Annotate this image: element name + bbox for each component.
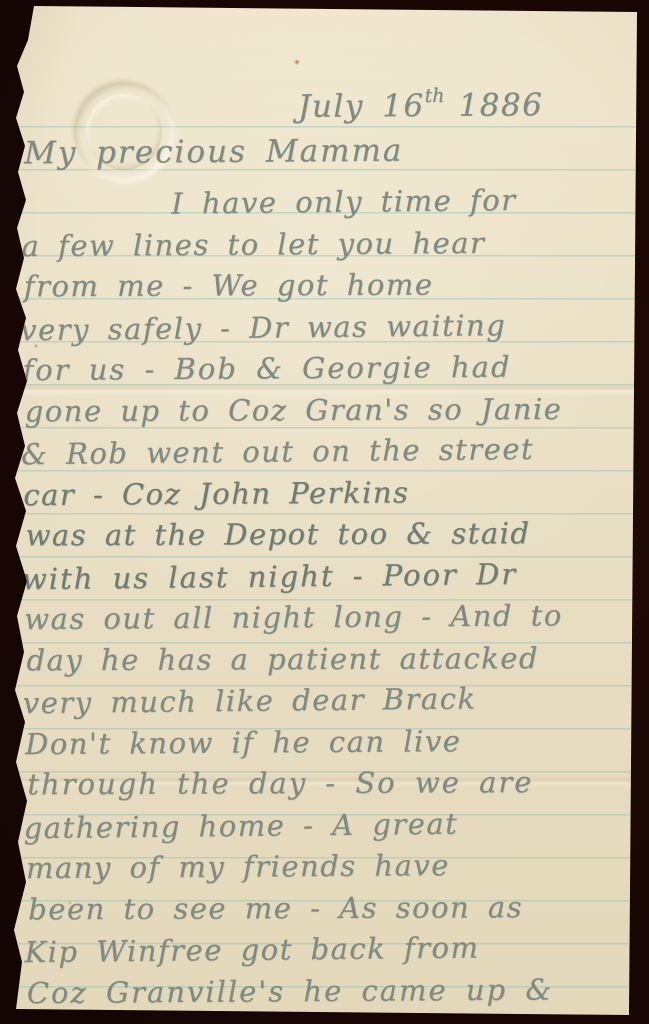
handwriting-line: Coz Granville's he came up & (27, 968, 633, 1014)
handwriting-line: been to see me - As soon as (28, 886, 634, 930)
handwriting-line: very safely - Dr was waiting (20, 303, 626, 351)
handwriting-line: through the day - So we are (27, 762, 633, 806)
date-month-day: July 16 (298, 88, 425, 125)
handwriting-line: for us - Bob & Georgie had (22, 346, 628, 392)
handwriting-line: was at the Depot too & staid (25, 513, 631, 557)
handwriting-line: very much like dear Brack (23, 677, 629, 725)
letter-paper: July 16th1886 My precious Mamma I have o… (0, 0, 649, 1024)
scan-background: July 16th1886 My precious Mamma I have o… (0, 0, 649, 1024)
letter-date: July 16th1886 (298, 87, 544, 125)
handwriting-line: from me - We got home (24, 264, 630, 308)
handwriting-line: I have only time for (19, 179, 625, 227)
handwriting-line: gathering home - A great (23, 801, 629, 849)
handwriting-line: & Rob went out on the street (21, 428, 627, 476)
date-year: 1886 (458, 87, 543, 124)
handwriting-line: a few lines to let you hear (21, 221, 627, 267)
handwriting-line: many of my friends have (26, 844, 632, 890)
handwriting-line: was out all night long - And to (24, 595, 630, 641)
date-ordinal: th (424, 85, 444, 107)
handwriting-line: Don't know if he can live (25, 719, 631, 765)
handwriting-line: gone up to Coz Gran's so Janie (25, 388, 631, 432)
handwriting-line: car - Coz John Perkins (23, 470, 629, 516)
letter-body: I have only time fora few lines to let y… (21, 180, 633, 1014)
letter-salutation: My precious Mamma (24, 133, 404, 172)
handwriting-line: Kip Winfree got back from (24, 926, 630, 974)
handwriting-line: with us last night - Poor Dr (22, 552, 628, 600)
handwriting-line: day he has a patient attacked (26, 637, 632, 681)
